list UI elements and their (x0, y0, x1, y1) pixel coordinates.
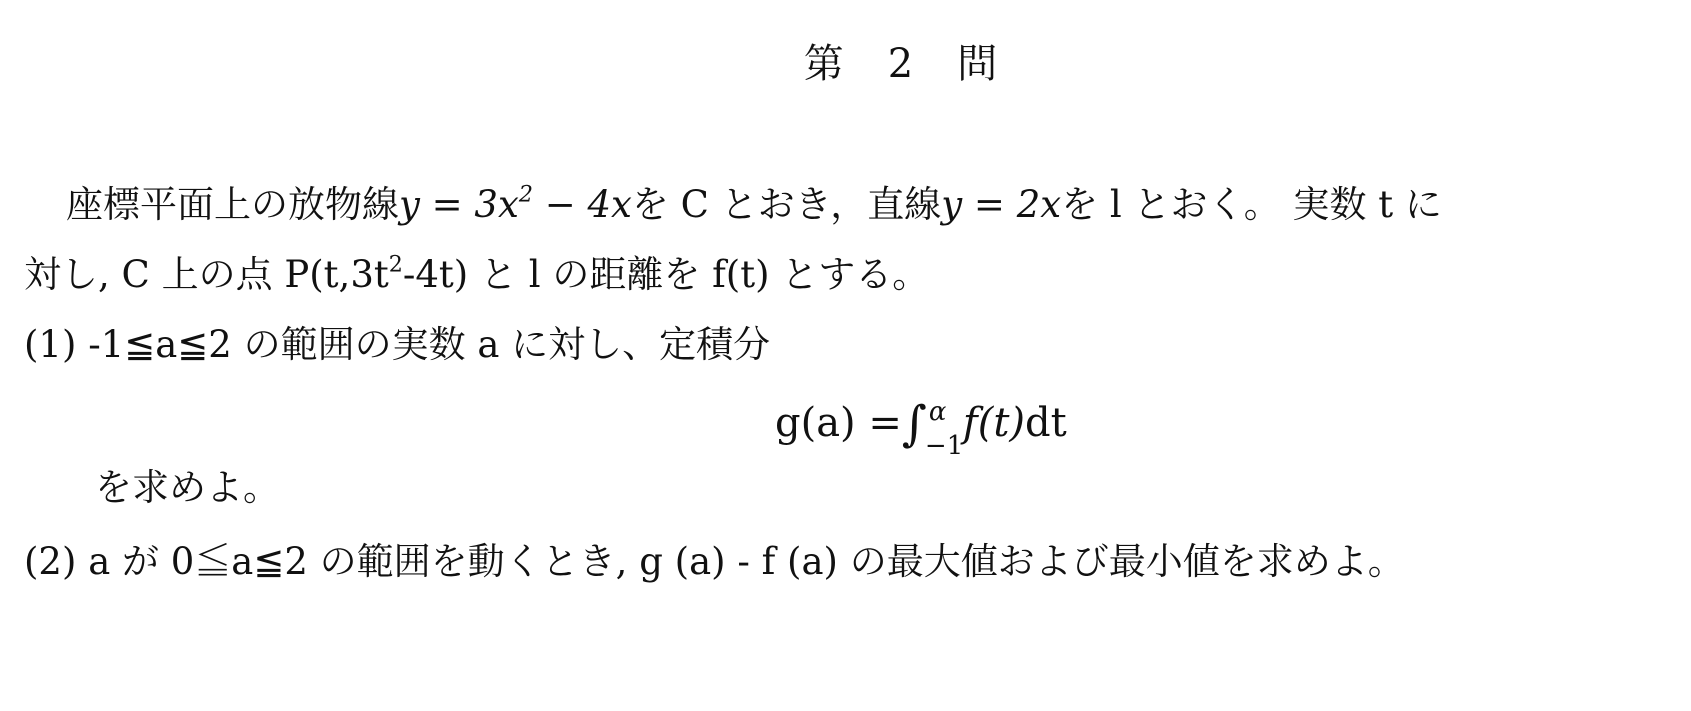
part-1-instruction: を求めよ。 (95, 466, 280, 510)
line-equation: y = 2x (941, 183, 1061, 226)
exponent: 2 (389, 251, 403, 277)
formula-lhs: g(a) = (775, 400, 902, 446)
part-1-text: -1≦a≦2 の範囲の実数 a に対し、定積分 (88, 323, 770, 366)
part-1-question: (1) -1≦a≦2 の範囲の実数 a に対し、定積分 (24, 323, 770, 367)
title-part-number: 2 (888, 40, 913, 88)
lower-limit: −1 (925, 421, 963, 471)
part-2-label: (2) (24, 540, 76, 583)
part-2-question: (2) a が 0≦a≦2 の範囲を動くとき, g (a) - f (a) の最… (24, 540, 1405, 584)
title-part-mon: 問 (957, 40, 997, 88)
integral-sign: ∫ (902, 399, 927, 449)
parabola-equation: y = 3x2 − 4x (399, 183, 632, 226)
differential: dt (1025, 400, 1067, 446)
text-segment: 対し, C 上の点 P(t,3t (24, 253, 389, 296)
problem-statement-line-2: 対し, C 上の点 P(t,3t2-4t) と l の距離を f(t) とする。 (24, 253, 929, 297)
exponent: 2 (519, 181, 533, 207)
integral-limits: α−1 (927, 401, 963, 451)
text-segment: 座標平面上の放物線 (66, 183, 399, 226)
equation-tail: − 4x (533, 183, 632, 226)
text-segment: を C とおき，直線 (632, 183, 941, 226)
text-segment: を l とおく。 実数 t に (1061, 183, 1442, 226)
title-part-dai: 第 (804, 40, 844, 88)
problem-statement-line-1: 座標平面上の放物線y = 3x2 − 4xを C とおき，直線y = 2xを l… (66, 183, 1442, 227)
integrand: f(t) (963, 400, 1025, 446)
part-2-text: a が 0≦a≦2 の範囲を動くとき, g (a) - f (a) の最大値およ… (88, 540, 1405, 583)
integral-formula: g(a) =∫α−1f(t)dt (775, 398, 1067, 451)
part-1-label: (1) (24, 323, 76, 366)
equation-base: y = 3x (399, 183, 519, 226)
problem-title: 第2問 (0, 40, 1691, 88)
text-segment: -4t) と l の距離を f(t) とする。 (403, 253, 929, 296)
